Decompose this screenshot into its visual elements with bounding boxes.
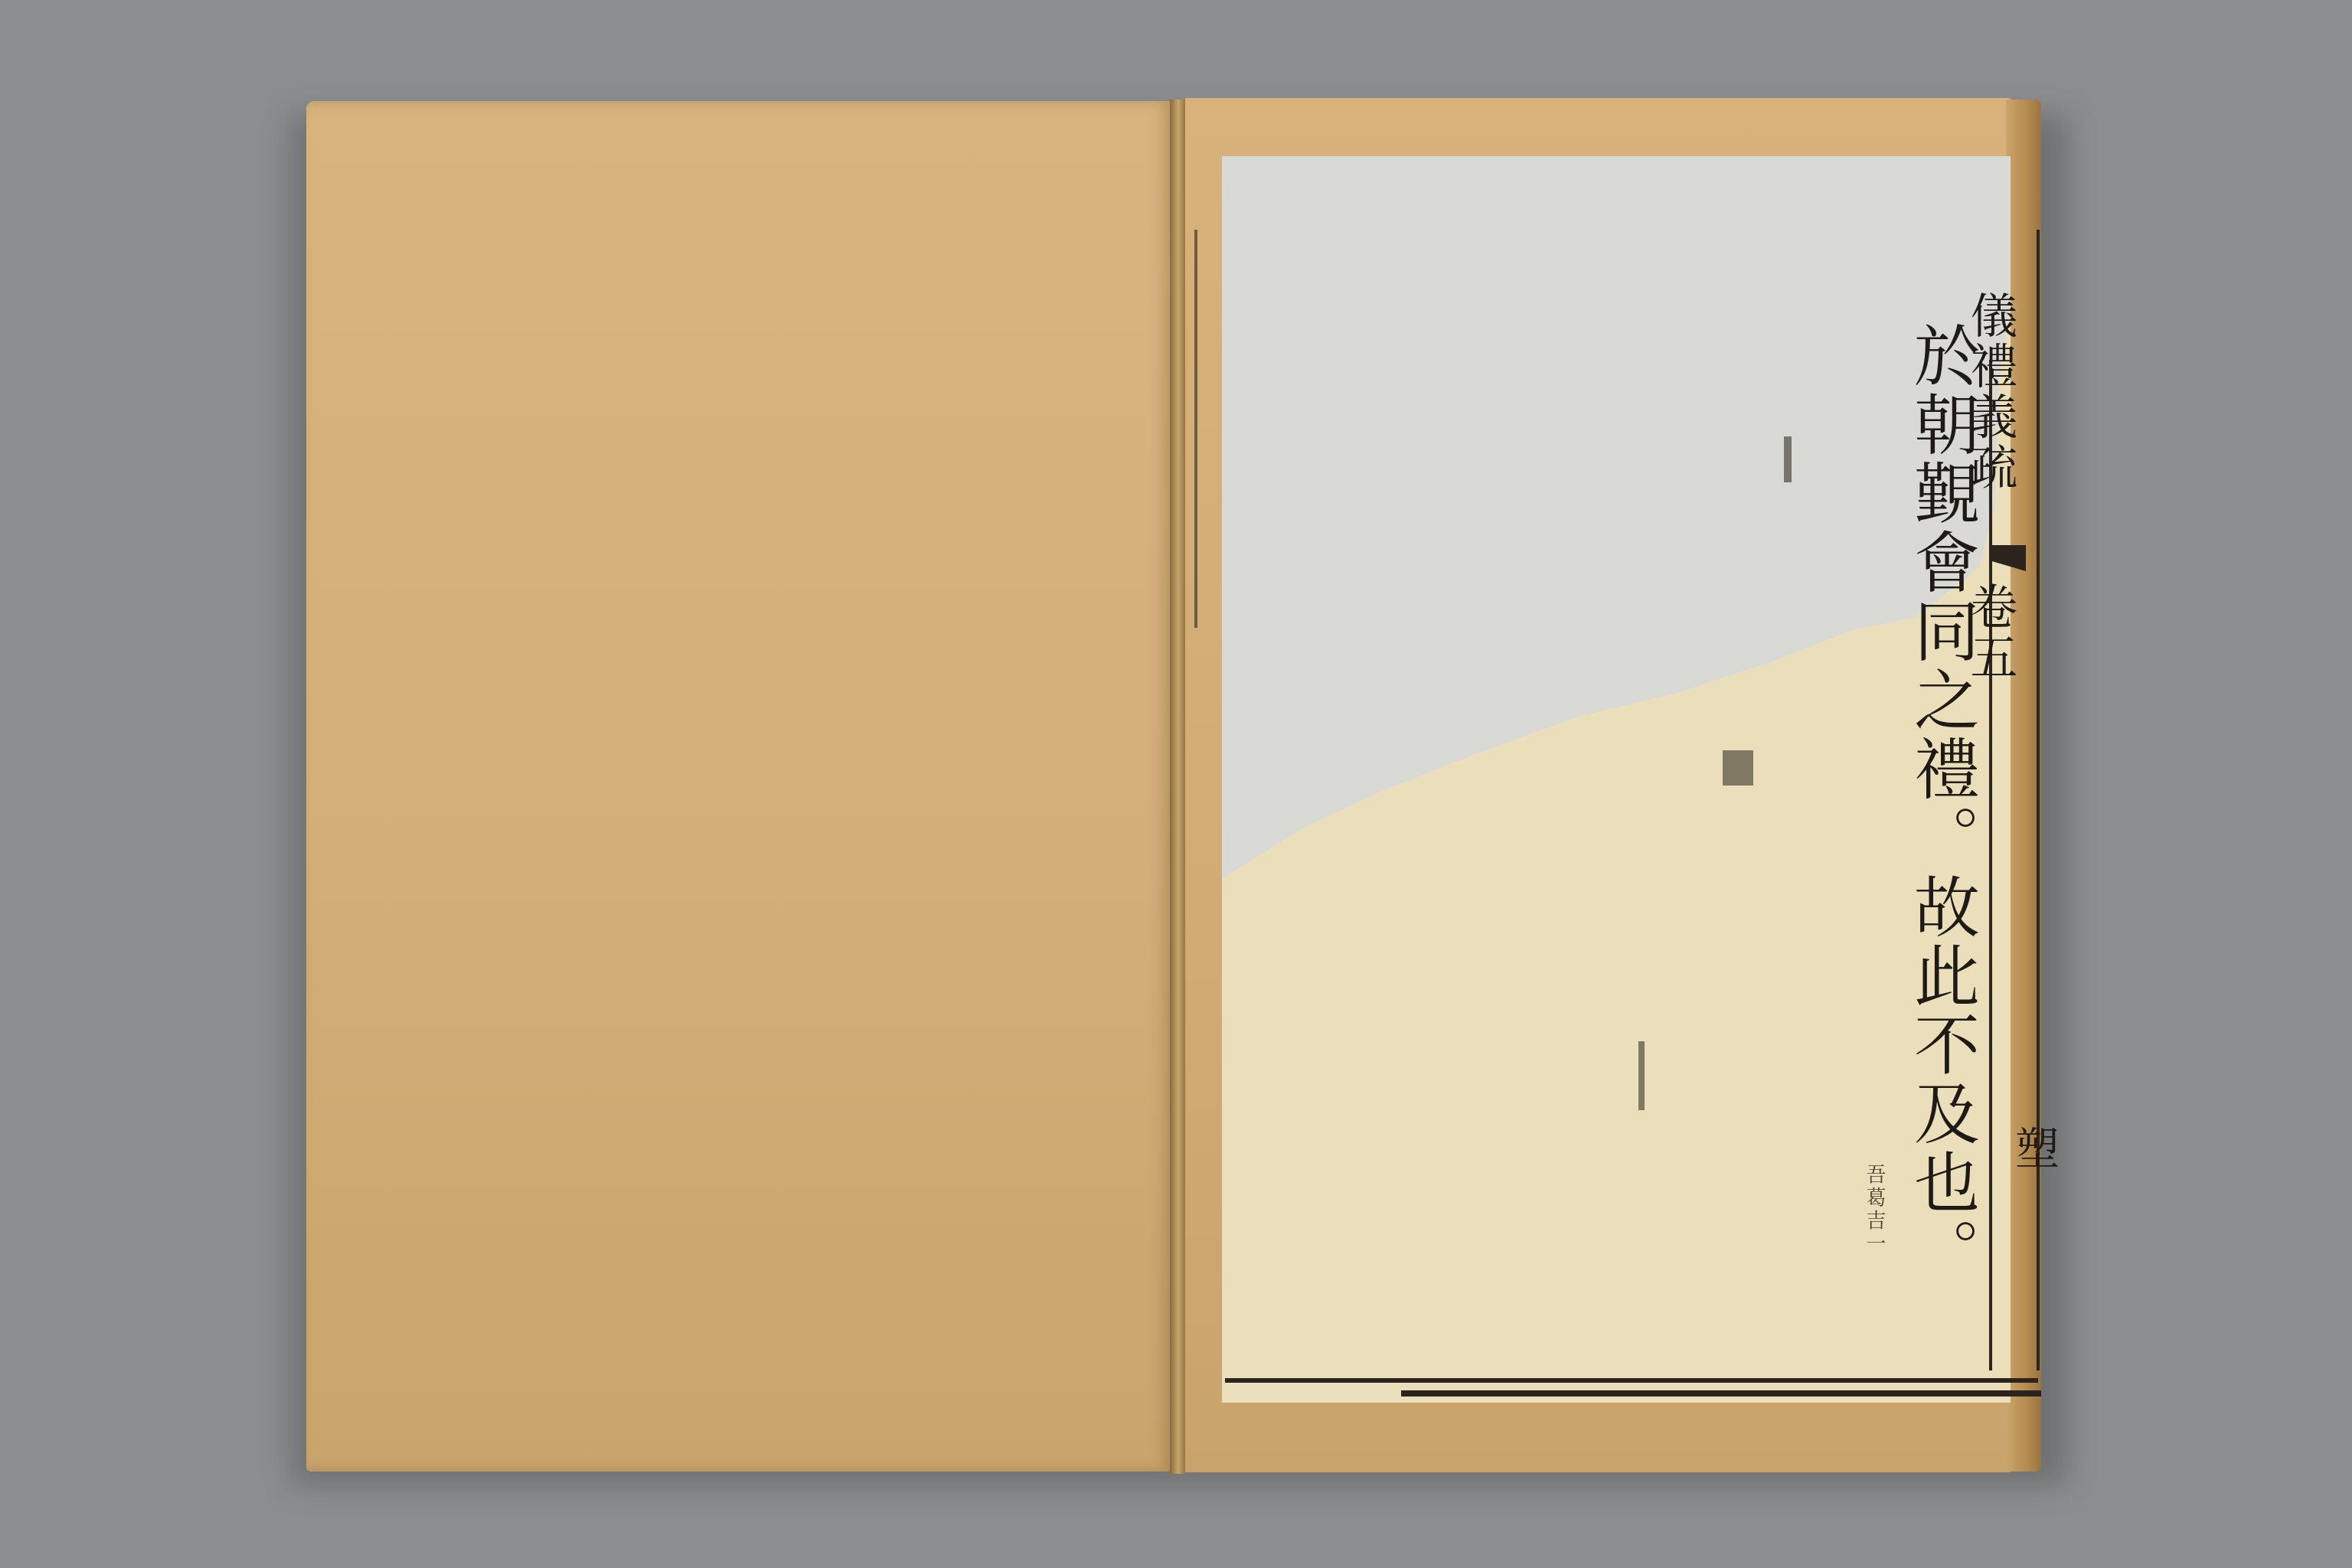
- volume-label: 卷五: [1966, 582, 2014, 683]
- ink-smudge: [1638, 1041, 1645, 1110]
- frame-bottom-border-outer: [1401, 1390, 2041, 1396]
- bleed-through-marks: 吾葛吉一: [1860, 1164, 1889, 1256]
- frame-bottom-border: [1225, 1378, 2038, 1383]
- ink-smudge: [1784, 436, 1792, 482]
- left-page-blank: [306, 101, 1171, 1472]
- page-number: 塑: [2001, 1125, 2066, 1173]
- repaired-paper-inlay: [1222, 156, 2011, 1403]
- column-divider-line: [1989, 360, 1992, 1370]
- left-frame-trace: [1194, 230, 1197, 628]
- ink-smudge: [1723, 750, 1753, 786]
- margin-book-title: 儀禮義疏: [1966, 291, 2014, 493]
- frame-right-border: [2037, 230, 2040, 1370]
- book-gutter: [1170, 100, 1187, 1474]
- missing-area-patch: [1222, 156, 2011, 1403]
